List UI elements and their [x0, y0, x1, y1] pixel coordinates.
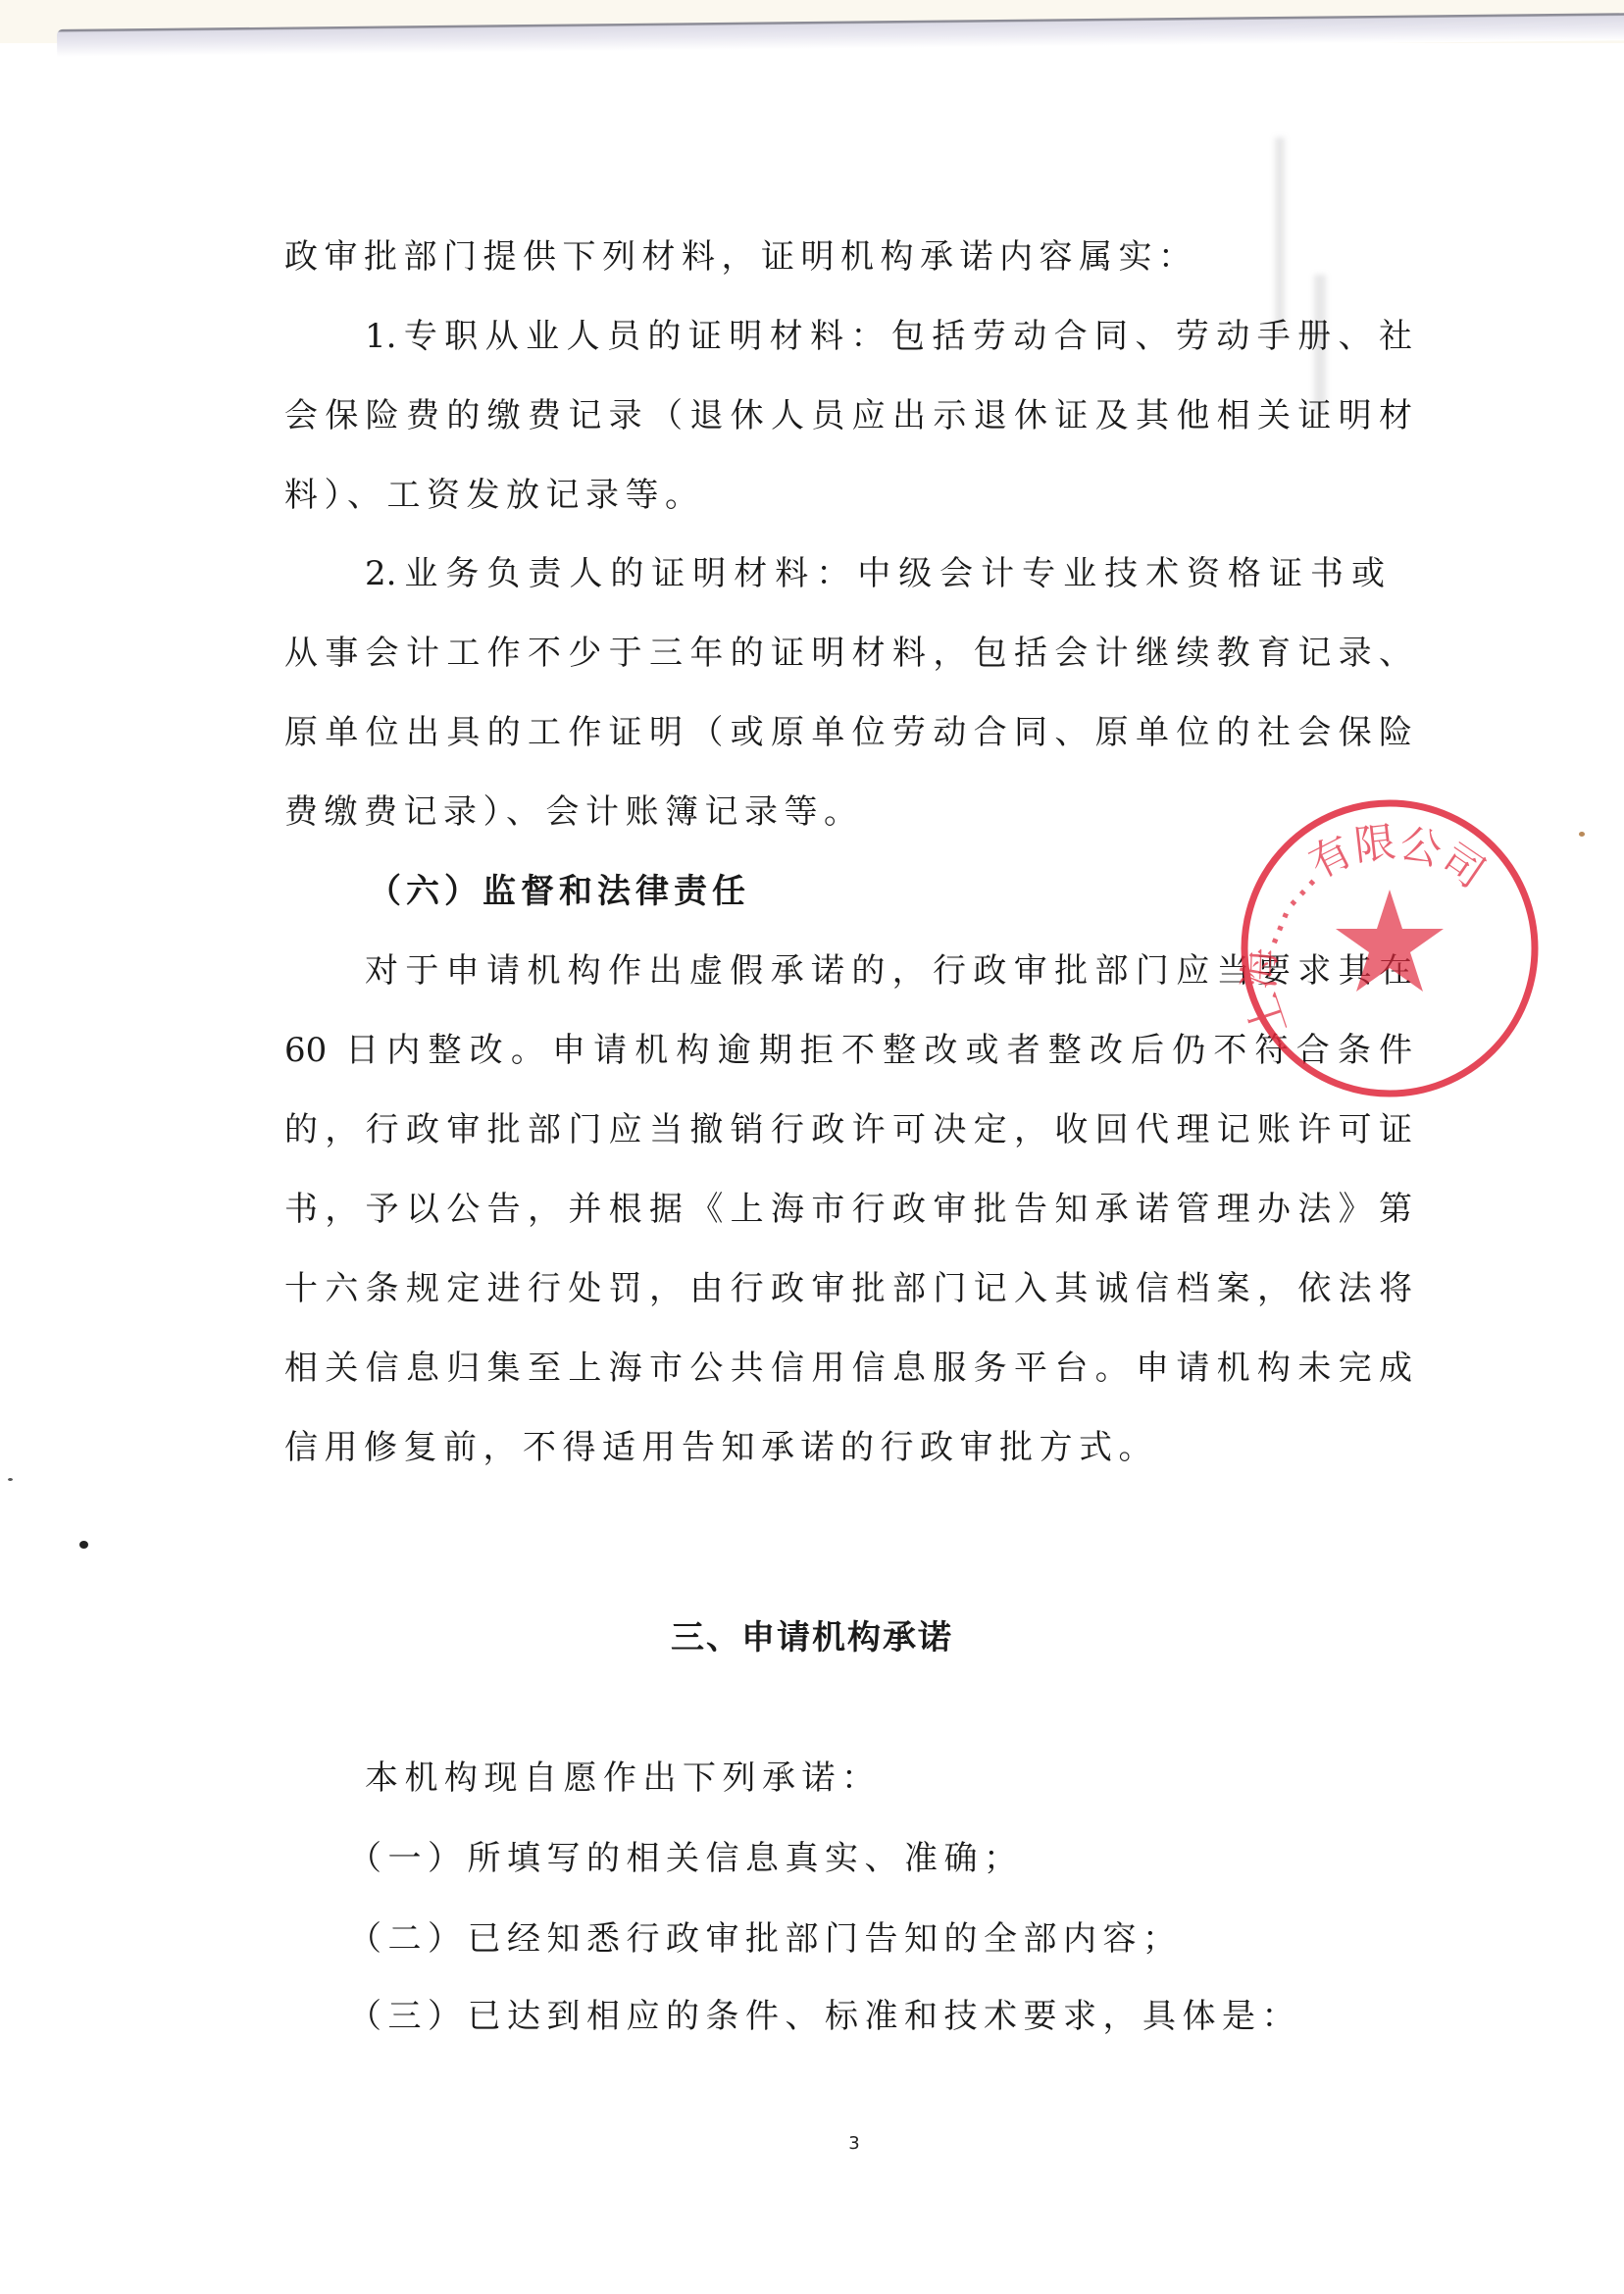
subsection-line: 十六条规定进行处罚，由行政审批部门记入其诚信档案，依法将	[284, 1267, 1412, 1310]
svg-text:上海……有限公司: 上海……有限公司	[1238, 818, 1494, 1042]
commitment-item: （二）已经知悉行政审批部门告知的全部内容；	[348, 1917, 1476, 1961]
scan-speck	[1579, 832, 1585, 837]
subsection-heading: （六）监督和法律责任	[368, 870, 750, 913]
body-line: 2.业务负责人的证明材料：中级会计专业技术资格证书或	[365, 552, 1385, 595]
body-line: 从事会计工作不少于三年的证明材料，包括会计继续教育记录、	[284, 632, 1412, 675]
subsection-line: 60 日内整改。申请机构逾期拒不整改或者整改后仍不符合条件	[284, 1029, 1412, 1072]
subsection-line: 对于申请机构作出虚假承诺的，行政审批部门应当要求其在	[365, 949, 1412, 993]
subsection-line: 相关信息归集至上海市公共信用信息服务平台。申请机构未完成	[284, 1347, 1412, 1390]
body-line: 会保险费的缴费记录（退休人员应出示退休证及其他相关证明材	[284, 394, 1412, 437]
body-line: 政审批部门提供下列材料，证明机构承诺内容属实：	[284, 235, 1412, 279]
subsection-line: 信用修复前，不得适用告知承诺的行政审批方式。	[284, 1426, 1412, 1469]
body-line: 原单位出具的工作证明（或原单位劳动合同、原单位的社会保险	[284, 711, 1412, 754]
section-heading: 三、申请机构承诺	[0, 1610, 1624, 1658]
subsection-line: 的，行政审批部门应当撤销行政许可决定，收回代理记账许可证	[284, 1108, 1412, 1151]
body-line: 1.专职从业人员的证明材料：包括劳动合同、劳动手册、社	[365, 315, 1412, 358]
section-intro: 本机构现自愿作出下列承诺：	[365, 1757, 1493, 1800]
subsection-line: 书，予以公告，并根据《上海市行政审批告知承诺管理办法》第	[284, 1188, 1412, 1231]
page-number: 3	[0, 2133, 1624, 2154]
commitment-item: （一）所填写的相关信息真实、准确；	[348, 1837, 1476, 1880]
body-line: 费缴费记录）、会计账簿记录等。	[284, 790, 1412, 834]
scan-speck	[8, 1478, 13, 1481]
body-line: 料）、工资发放记录等。	[284, 474, 1412, 517]
commitment-item: （三）已达到相应的条件、标准和技术要求，具体是：	[348, 1995, 1476, 2038]
scan-speck	[79, 1541, 88, 1549]
